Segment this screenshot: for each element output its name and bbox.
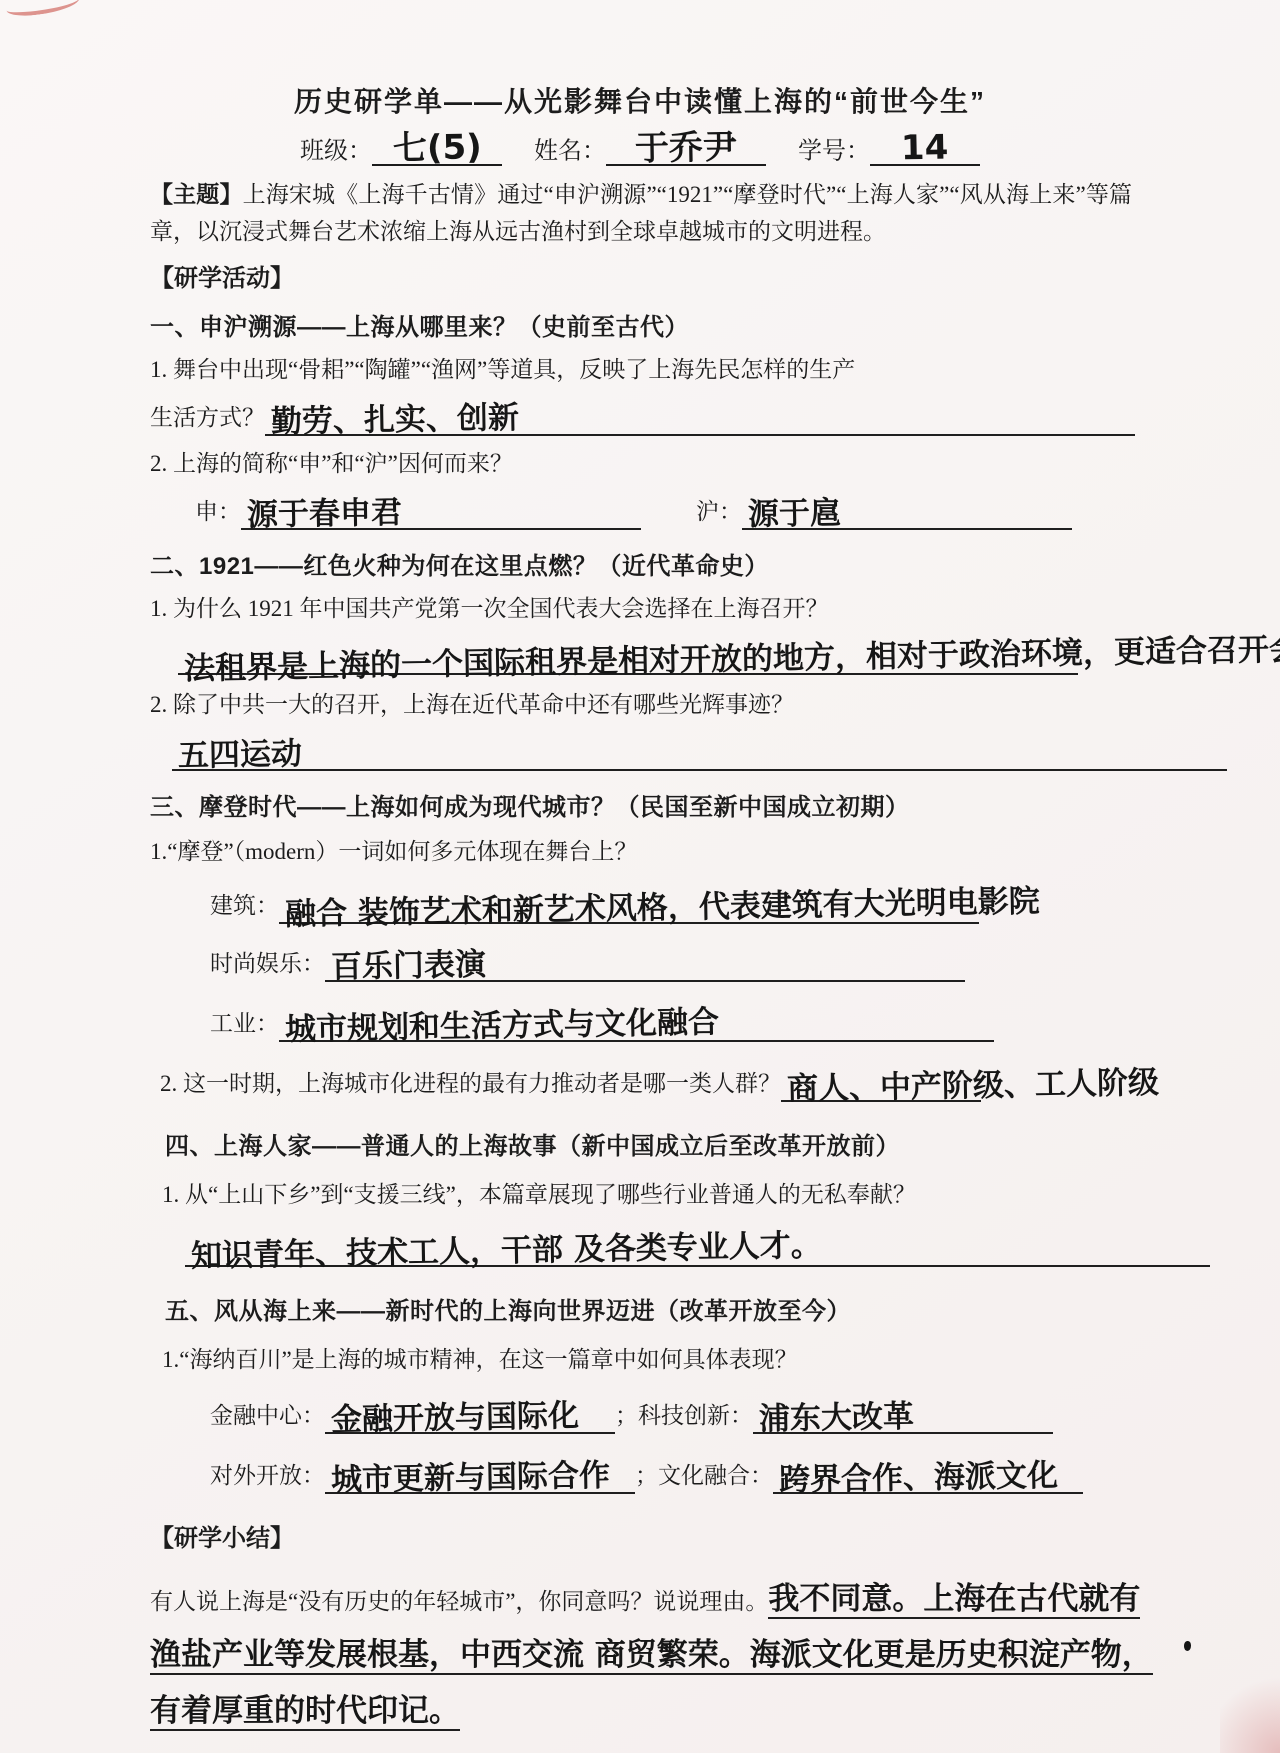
section-2-q1-answer-row: 法租界是上海的一个国际租界是相对开放的地方，相对于政治环境，更适合召开会议 (178, 629, 1280, 675)
shen-label: 申： (195, 493, 241, 530)
section-2-q2-answer-row: 五四运动 (172, 725, 1280, 771)
scanned-worksheet-page: 历史研学单——从光影舞台中读懂上海的“前世今生” 班级：七(5) 姓名：于乔尹 … (0, 0, 1280, 1753)
section-5-question-1: 1.“海纳百川”是上海的城市精神，在这一篇章中如何具体表现？ (162, 1342, 1160, 1378)
industry-label: 工业： (210, 1005, 279, 1042)
section-4-answer-row: 知识青年、技术工人，干部 及各类专业人才。 (185, 1221, 1280, 1267)
summary-header: 【研学小结】 (150, 1518, 1280, 1553)
section-1-question-2: 2. 上海的简称“申”和“沪”因何而来？ (150, 446, 1160, 482)
answer-underline: 源于春申君 (241, 484, 641, 530)
summary-paragraph: 有人说上海是“没有历史的年轻城市”，你同意吗？说说理由。我不同意。上海在古代就有… (150, 1573, 1162, 1741)
answer-underline: 五四运动 (172, 725, 1227, 771)
separator: ； (635, 1457, 658, 1494)
ink-dot (1184, 1641, 1191, 1651)
section-1-title: 一、申沪溯源——上海从哪里来？（史前至古代） (150, 307, 1280, 342)
culture-label: 文化融合： (658, 1457, 773, 1494)
shen-answer-handwritten: 源于春申君 (241, 497, 409, 532)
section-2-question-2: 2. 除了中共一大的召开，上海在近代革命中还有哪些光辉事迹？ (150, 687, 1160, 723)
q1-answer-handwritten: 法租界是上海的一个国际租界是相对开放的地方，相对于政治环境，更适合召开会议 (178, 633, 1280, 686)
answer-underline: 浦东大改革 (753, 1388, 1053, 1434)
answer-underline: 法租界是上海的一个国际租界是相对开放的地方，相对于政治环境，更适合召开会议 (178, 629, 1078, 675)
q1-answer-handwritten: 勤劳、扎实、创新 (265, 402, 526, 439)
section-4-title: 四、上海人家——普通人的上海故事（新中国成立后至改革开放前） (165, 1126, 1280, 1161)
answer-underline: 金融开放与国际化 (325, 1388, 615, 1434)
tech-label: 科技创新： (638, 1397, 753, 1434)
section-3-title: 三、摩登时代——上海如何成为现代城市？（民国至新中国成立初期） (150, 787, 1280, 822)
student-info-line: 班级：七(5) 姓名：于乔尹 学号：14 (0, 128, 1280, 166)
open-culture-answer-row: 对外开放： 城市更新与国际合作 ； 文化融合： 跨界合作、海派文化 (210, 1448, 1280, 1494)
section-2-question-1: 1. 为什么 1921 年中国共产党第一次全国代表大会选择在上海召开？ (150, 591, 1160, 627)
summary-question: 有人说上海是“没有历史的年轻城市”，你同意吗？说说理由。 (150, 1589, 768, 1614)
entertainment-answer-handwritten: 百乐门表演 (325, 949, 493, 984)
theme-text: 上海宋城《上海千古情》通过“申沪溯源”“1921”“摩登时代”“上海人家”“风从… (150, 182, 1132, 244)
finance-label: 金融中心： (210, 1397, 325, 1434)
industry-answer-handwritten: 城市规划和生活方式与文化融合 (279, 1006, 726, 1046)
culture-answer-handwritten: 跨界合作、海派文化 (773, 1460, 1065, 1498)
page-corner-tint (1220, 1663, 1280, 1753)
class-field: 七(5) (372, 128, 502, 166)
industry-answer-row: 工业： 城市规划和生活方式与文化融合 (210, 996, 1280, 1042)
building-answer-handwritten: 融合 装饰艺术和新艺术风格，代表建筑有大光明电影院 (279, 885, 1046, 931)
q2-answer-handwritten: 商人、中产阶级、工人阶级 (781, 1067, 1166, 1106)
building-answer-row: 建筑： 融合 装饰艺术和新艺术风格，代表建筑有大光明电影院 (210, 878, 1280, 924)
class-value-handwritten: 七(5) (386, 130, 487, 167)
section-1-question-1: 1. 舞台中出现“骨耜”“陶罐”“渔网”等道具，反映了上海先民怎样的生产 (150, 352, 1160, 388)
tech-answer-handwritten: 浦东大改革 (753, 1401, 921, 1436)
name-value-handwritten: 于乔尹 (629, 130, 744, 168)
answer-underline: 城市更新与国际合作 (325, 1448, 635, 1494)
answer-underline: 百乐门表演 (325, 936, 965, 982)
theme-tag: 【主题】 (150, 181, 243, 207)
open-label: 对外开放： (210, 1457, 325, 1494)
answer-underline: 商人、中产阶级、工人阶级 (781, 1056, 981, 1102)
section-2-title: 二、1921——红色火种为何在这里点燃？（近代革命史） (150, 546, 1280, 581)
finance-tech-answer-row: 金融中心： 金融开放与国际化 ； 科技创新： 浦东大改革 (210, 1388, 1280, 1434)
q1-continuation-label: 生活方式？ (150, 399, 265, 436)
answer-underline: 城市规划和生活方式与文化融合 (279, 996, 994, 1042)
answer-underline: 知识青年、技术工人，干部 及各类专业人才。 (185, 1221, 1210, 1267)
class-label: 班级： (300, 139, 372, 165)
student-number-label: 学号： (798, 139, 870, 165)
section-4-question-1: 1. 从“上山下乡”到“支援三线”，本篇章展现了哪些行业普通人的无私奉献？ (162, 1177, 1160, 1213)
theme-paragraph: 【主题】上海宋城《上海千古情》通过“申沪溯源”“1921”“摩登时代”“上海人家… (150, 176, 1132, 250)
student-number-handwritten: 14 (895, 130, 955, 167)
section-5-title: 五、风从海上来——新时代的上海向世界迈进（改革开放至今） (165, 1291, 1280, 1326)
hu-label: 沪： (696, 493, 742, 530)
answer-underline: 勤劳、扎实、创新 (265, 390, 1135, 436)
entertainment-answer-row: 时尚娱乐： 百乐门表演 (210, 936, 1280, 982)
answer-underline: 跨界合作、海派文化 (773, 1448, 1083, 1494)
section-3-question-2-row: 2. 这一时期，上海城市化进程的最有力推动者是哪一类人群？ 商人、中产阶级、工人… (160, 1056, 1280, 1102)
student-number-field: 14 (870, 128, 980, 166)
section-1-q1-answer-row: 生活方式？ 勤劳、扎实、创新 (150, 390, 1280, 436)
answer-underline: 源于扈 (742, 484, 1072, 530)
page-title: 历史研学单——从光影舞台中读懂上海的“前世今生” (0, 0, 1280, 120)
shen-hu-answer-row: 申： 源于春申君 沪： 源于扈 (195, 484, 1280, 530)
answer-underline: 融合 装饰艺术和新艺术风格，代表建筑有大光明电影院 (279, 878, 979, 924)
section-3-question-2: 2. 这一时期，上海城市化进程的最有力推动者是哪一类人群？ (160, 1065, 781, 1102)
entertainment-label: 时尚娱乐： (210, 945, 325, 982)
finance-answer-handwritten: 金融开放与国际化 (325, 1400, 586, 1437)
separator: ； (615, 1397, 638, 1434)
building-label: 建筑： (210, 887, 279, 924)
activities-header: 【研学活动】 (150, 258, 1280, 293)
q2-answer-handwritten: 五四运动 (172, 738, 309, 773)
hu-answer-handwritten: 源于扈 (742, 497, 848, 531)
name-label: 姓名： (534, 139, 606, 165)
open-answer-handwritten: 城市更新与国际合作 (325, 1460, 617, 1498)
q1-answer-handwritten: 知识青年、技术工人，干部 及各类专业人才。 (185, 1230, 828, 1274)
name-field: 于乔尹 (606, 128, 766, 166)
section-3-question-1: 1.“摩登”（modern）一词如何多元体现在舞台上？ (150, 834, 1160, 870)
